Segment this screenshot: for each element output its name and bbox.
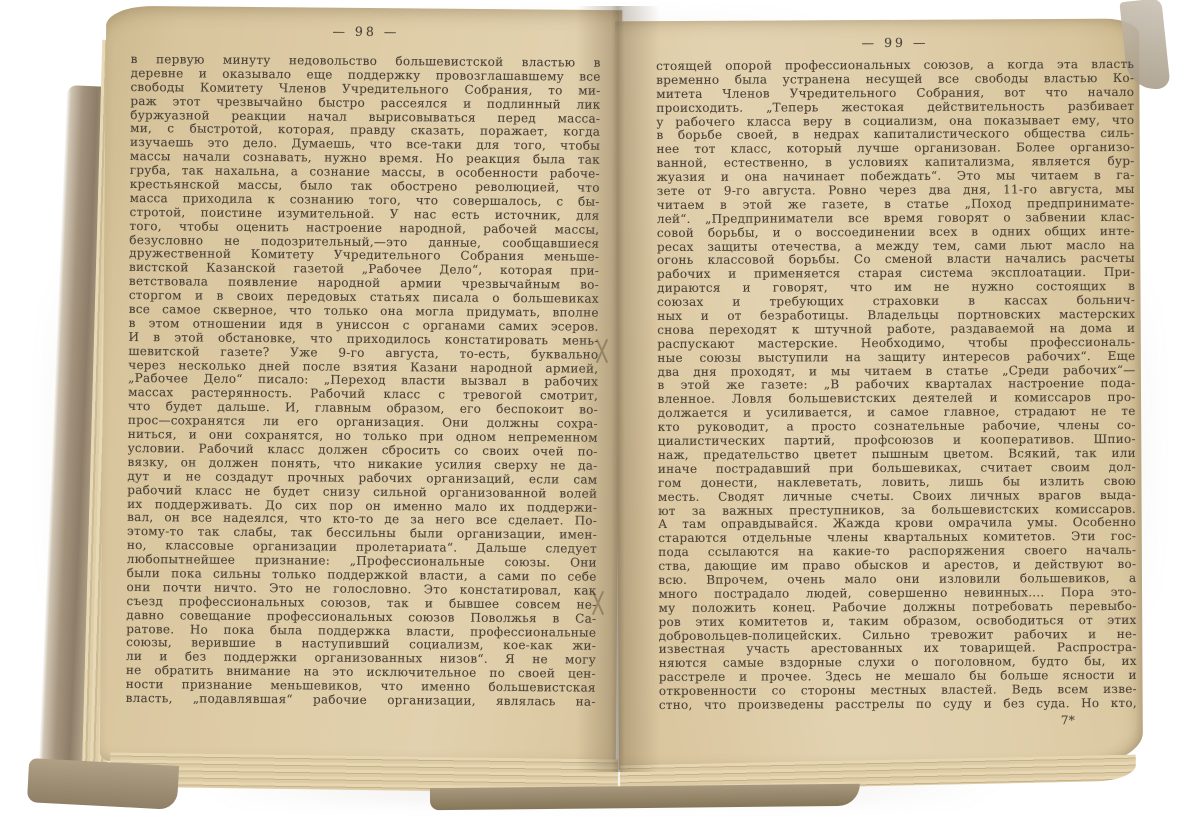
text-line: стно, что произведены расстрелы по суду …: [659, 697, 1137, 713]
right-page: — 99 — стоящей опорой профессиональных с…: [656, 34, 1137, 729]
cover-corner-bottom-left: [27, 758, 179, 810]
left-page-body: в первую минуту недовольство большевистс…: [126, 53, 601, 710]
right-page-body: стоящей опорой профессиональных союзов, …: [656, 58, 1137, 713]
cover-edge-bottom: [430, 784, 860, 811]
signature-mark: 7*: [659, 713, 1137, 729]
page-number-right: — 99 —: [656, 34, 1134, 50]
page-number-left: — 98 —: [131, 22, 601, 40]
book-photo: — 98 — в первую минуту недовольство боль…: [0, 0, 1200, 820]
left-page: — 98 — в первую минуту недовольство боль…: [126, 22, 601, 710]
